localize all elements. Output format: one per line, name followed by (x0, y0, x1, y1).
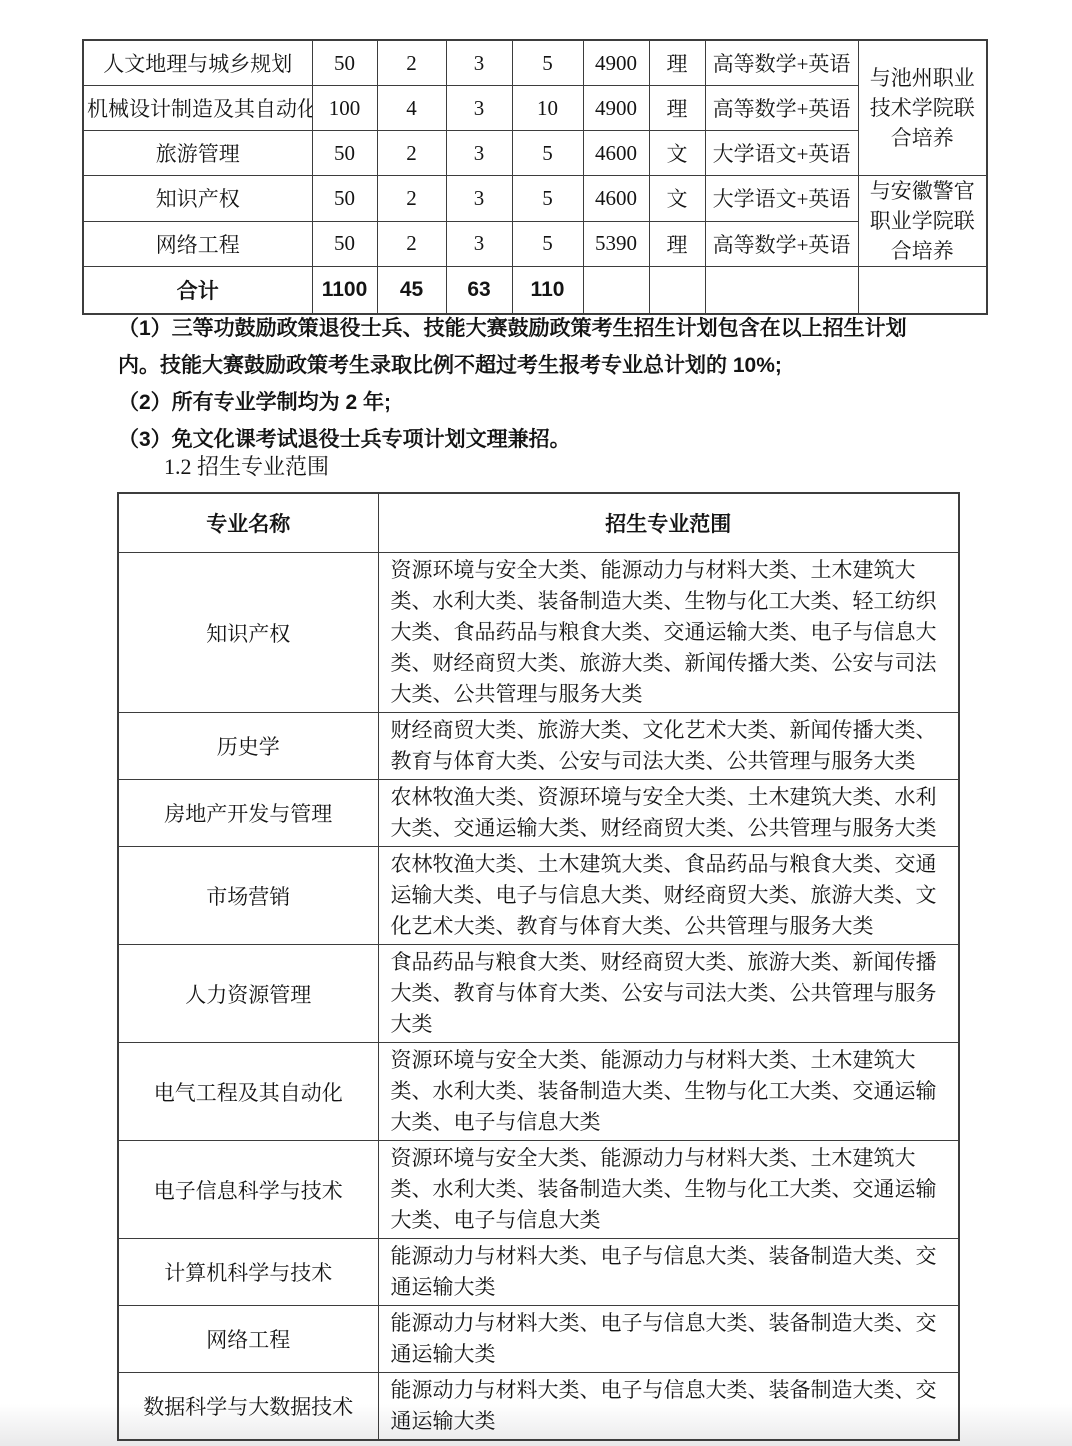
table-row: 历史学 财经商贸大类、旅游大类、文化艺术大类、新闻传播大类、教育与体育大类、公安… (118, 713, 959, 780)
subjects-cell: 高等数学+英语 (705, 86, 858, 131)
major-cell: 知识产权 (118, 553, 378, 713)
table-row: 人力资源管理 食品药品与粮食大类、财经商贸大类、旅游大类、新闻传播大类、教育与体… (118, 945, 959, 1043)
total-value-cell: 110 (512, 267, 583, 315)
table-row: 网络工程 能源动力与材料大类、电子与信息大类、装备制造大类、交通运输大类 (118, 1306, 959, 1373)
enrollment-plan-table: 人文地理与城乡规划 50 2 3 5 4900 理 高等数学+英语 与池州职业技… (82, 39, 988, 315)
range-cell: 资源环境与安全大类、能源动力与材料大类、土木建筑大类、水利大类、装备制造大类、生… (378, 1043, 959, 1141)
fee-cell: 4900 (583, 40, 649, 86)
range-cell: 能源动力与材料大类、电子与信息大类、装备制造大类、交通运输大类 (378, 1239, 959, 1306)
value-cell: 3 (446, 221, 512, 267)
subjects-cell: 大学语文+英语 (705, 176, 858, 222)
column-header-major: 专业名称 (118, 493, 378, 553)
value-cell: 4 (377, 86, 446, 131)
table-row: 知识产权 50 2 3 5 4600 文 大学语文+英语 与安徽警官职业学院联合… (83, 176, 987, 222)
table-row: 人文地理与城乡规划 50 2 3 5 4900 理 高等数学+英语 与池州职业技… (83, 40, 987, 86)
value-cell: 2 (377, 131, 446, 176)
major-cell: 电气工程及其自动化 (118, 1043, 378, 1141)
major-cell: 历史学 (118, 713, 378, 780)
table-row: 数据科学与大数据技术 能源动力与材料大类、电子与信息大类、装备制造大类、交通运输… (118, 1373, 959, 1441)
total-value-cell: 45 (377, 267, 446, 315)
range-cell: 食品药品与粮食大类、财经商贸大类、旅游大类、新闻传播大类、教育与体育大类、公安与… (378, 945, 959, 1043)
plan-cell: 50 (312, 131, 377, 176)
value-cell: 2 (377, 40, 446, 86)
value-cell: 2 (377, 221, 446, 267)
track-cell: 理 (649, 86, 705, 131)
fee-cell: 4600 (583, 131, 649, 176)
table-row: 知识产权 资源环境与安全大类、能源动力与材料大类、土木建筑大类、水利大类、装备制… (118, 553, 959, 713)
note-2: （2）所有专业学制均为 2 年; (118, 384, 944, 421)
table-row: 旅游管理 50 2 3 5 4600 文 大学语文+英语 (83, 131, 987, 176)
range-cell: 能源动力与材料大类、电子与信息大类、装备制造大类、交通运输大类 (378, 1373, 959, 1441)
plan-cell: 50 (312, 176, 377, 222)
total-label-cell: 合计 (83, 267, 312, 315)
major-cell: 数据科学与大数据技术 (118, 1373, 378, 1441)
value-cell: 2 (377, 176, 446, 222)
fee-cell: 5390 (583, 221, 649, 267)
major-cell: 知识产权 (83, 176, 312, 222)
table-row: 计算机科学与技术 能源动力与材料大类、电子与信息大类、装备制造大类、交通运输大类 (118, 1239, 959, 1306)
subjects-cell: 高等数学+英语 (705, 40, 858, 86)
empty-cell (705, 267, 858, 315)
section-heading: 1.2 招生专业范围 (164, 452, 329, 482)
range-cell: 资源环境与安全大类、能源动力与材料大类、土木建筑大类、水利大类、装备制造大类、生… (378, 1141, 959, 1239)
empty-cell (649, 267, 705, 315)
range-cell: 资源环境与安全大类、能源动力与材料大类、土木建筑大类、水利大类、装备制造大类、生… (378, 553, 959, 713)
track-cell: 理 (649, 40, 705, 86)
value-cell: 5 (512, 131, 583, 176)
value-cell: 5 (512, 40, 583, 86)
column-header-range: 招生专业范围 (378, 493, 959, 553)
track-cell: 理 (649, 221, 705, 267)
major-cell: 旅游管理 (83, 131, 312, 176)
note-1: （1）三等功鼓励政策退役士兵、技能大赛鼓励政策考生招生计划包含在以上招生计划内。… (118, 310, 944, 384)
plan-cell: 100 (312, 86, 377, 131)
empty-cell (583, 267, 649, 315)
subjects-cell: 高等数学+英语 (705, 221, 858, 267)
subjects-cell: 大学语文+英语 (705, 131, 858, 176)
total-value-cell: 1100 (312, 267, 377, 315)
value-cell: 5 (512, 176, 583, 222)
header-row: 专业名称 招生专业范围 (118, 493, 959, 553)
table-row: 市场营销 农林牧渔大类、土木建筑大类、食品药品与粮食大类、交通运输大类、电子与信… (118, 847, 959, 945)
value-cell: 3 (446, 86, 512, 131)
fee-cell: 4900 (583, 86, 649, 131)
major-cell: 电子信息科学与技术 (118, 1141, 378, 1239)
value-cell: 3 (446, 176, 512, 222)
range-cell: 能源动力与材料大类、电子与信息大类、装备制造大类、交通运输大类 (378, 1306, 959, 1373)
track-cell: 文 (649, 176, 705, 222)
range-cell: 财经商贸大类、旅游大类、文化艺术大类、新闻传播大类、教育与体育大类、公安与司法大… (378, 713, 959, 780)
range-cell: 农林牧渔大类、土木建筑大类、食品药品与粮食大类、交通运输大类、电子与信息大类、财… (378, 847, 959, 945)
table-row: 电气工程及其自动化 资源环境与安全大类、能源动力与材料大类、土木建筑大类、水利大… (118, 1043, 959, 1141)
remark-cell: 与池州职业技术学院联合培养 (858, 40, 987, 176)
total-row: 合计 1100 45 63 110 (83, 267, 987, 315)
fee-cell: 4600 (583, 176, 649, 222)
total-value-cell: 63 (446, 267, 512, 315)
plan-cell: 50 (312, 221, 377, 267)
notes-block: （1）三等功鼓励政策退役士兵、技能大赛鼓励政策考生招生计划包含在以上招生计划内。… (118, 310, 944, 458)
track-cell: 文 (649, 131, 705, 176)
value-cell: 3 (446, 40, 512, 86)
value-cell: 3 (446, 131, 512, 176)
major-cell: 房地产开发与管理 (118, 780, 378, 847)
major-cell: 网络工程 (118, 1306, 378, 1373)
value-cell: 10 (512, 86, 583, 131)
range-cell: 农林牧渔大类、资源环境与安全大类、土木建筑大类、水利大类、交通运输大类、财经商贸… (378, 780, 959, 847)
major-cell: 计算机科学与技术 (118, 1239, 378, 1306)
plan-cell: 50 (312, 40, 377, 86)
document-page: 人文地理与城乡规划 50 2 3 5 4900 理 高等数学+英语 与池州职业技… (0, 0, 1072, 1446)
major-cell: 市场营销 (118, 847, 378, 945)
table-row: 电子信息科学与技术 资源环境与安全大类、能源动力与材料大类、土木建筑大类、水利大… (118, 1141, 959, 1239)
remark-cell: 与安徽警官职业学院联合培养 (858, 176, 987, 267)
empty-cell (858, 267, 987, 315)
table-row: 房地产开发与管理 农林牧渔大类、资源环境与安全大类、土木建筑大类、水利大类、交通… (118, 780, 959, 847)
major-cell: 人文地理与城乡规划 (83, 40, 312, 86)
table-row: 机械设计制造及其自动化 100 4 3 10 4900 理 高等数学+英语 (83, 86, 987, 131)
major-cell: 机械设计制造及其自动化 (83, 86, 312, 131)
major-cell: 网络工程 (83, 221, 312, 267)
major-scope-table: 专业名称 招生专业范围 知识产权 资源环境与安全大类、能源动力与材料大类、土木建… (117, 492, 960, 1441)
table-row: 网络工程 50 2 3 5 5390 理 高等数学+英语 (83, 221, 987, 267)
major-cell: 人力资源管理 (118, 945, 378, 1043)
value-cell: 5 (512, 221, 583, 267)
